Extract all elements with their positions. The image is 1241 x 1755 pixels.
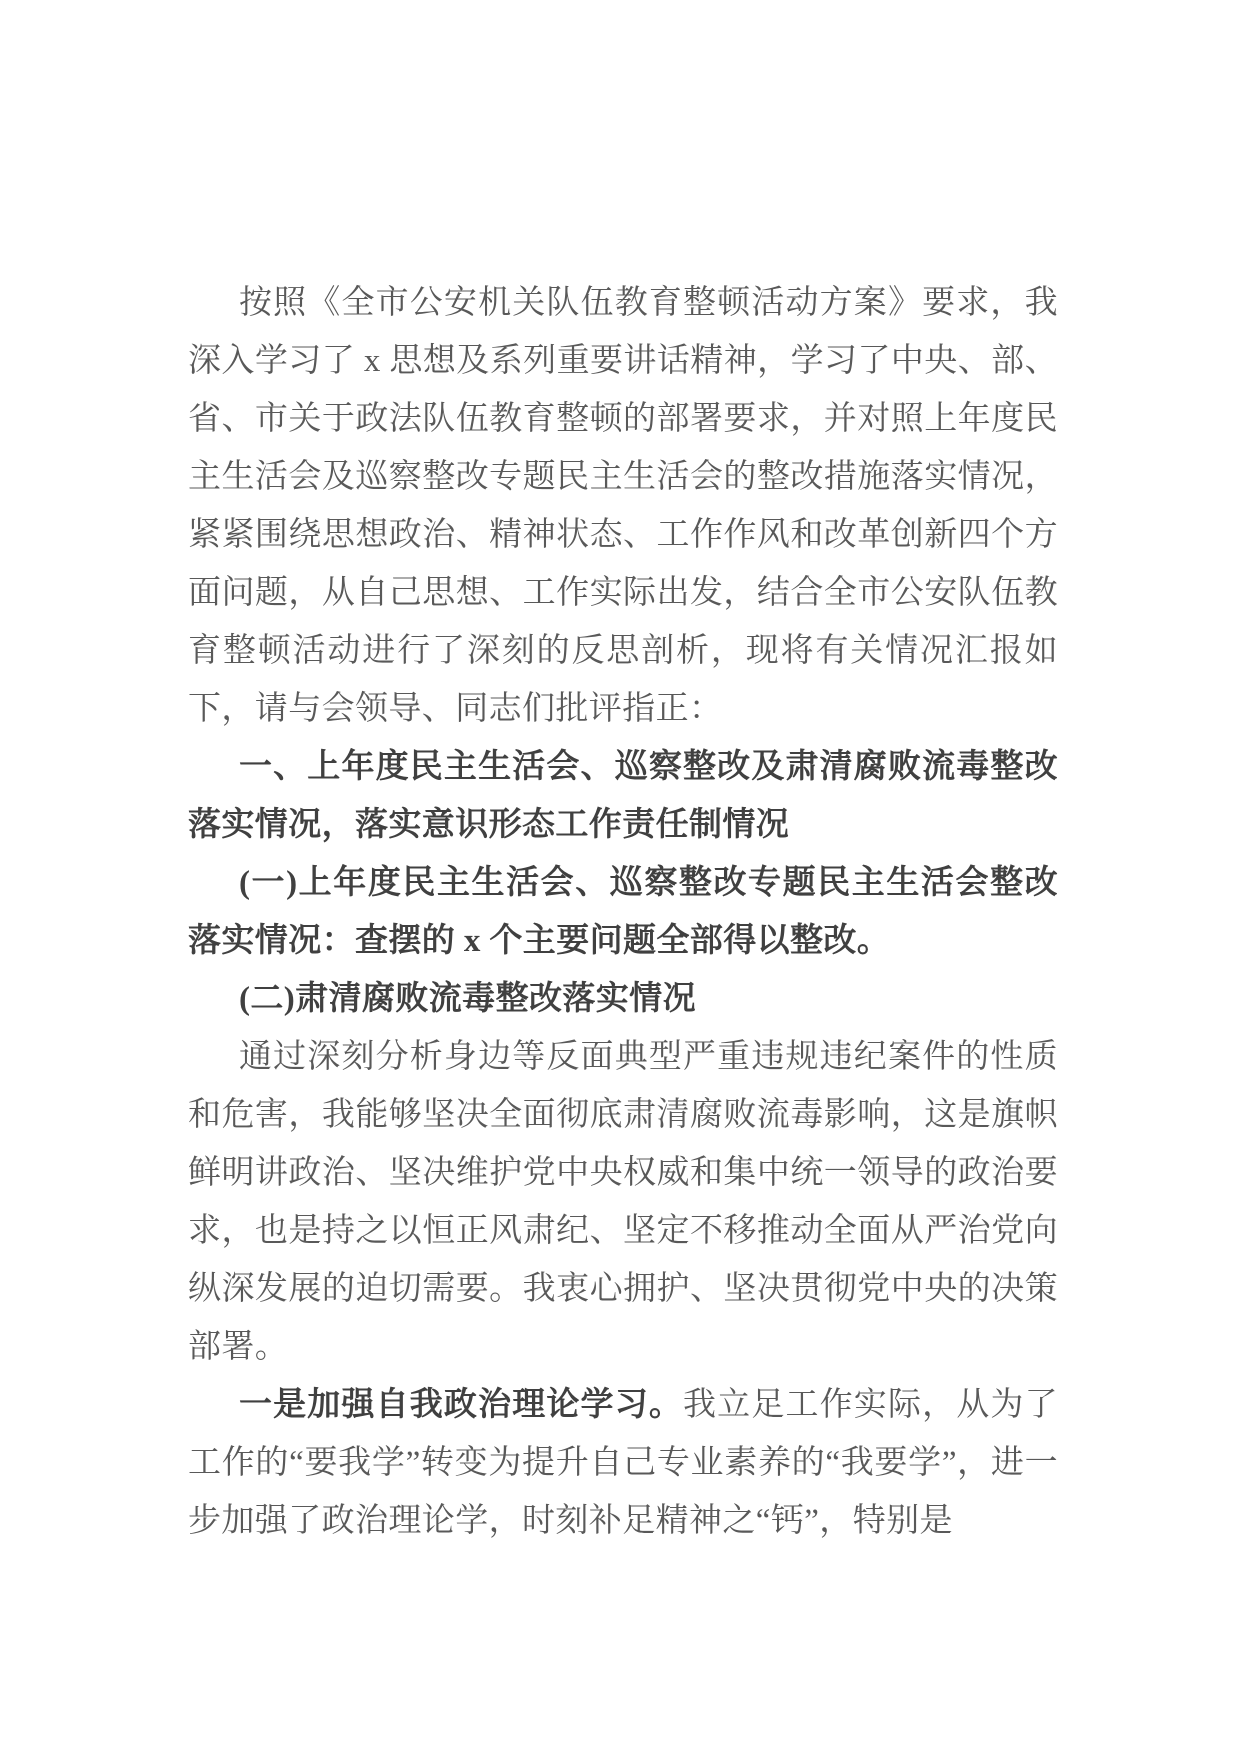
para-intro: 按照《全市公安机关队伍教育整顿活动方案》要求，我深入学习了 x 思想及系列重要讲… [188,274,1058,738]
para-study-lead: 一是加强自我政治理论学习。 [239,1387,683,1423]
heading-subsection-2-text: (二)肃清腐败流毒整改落实情况 [239,981,696,1017]
heading-subsection-2: (二)肃清腐败流毒整改落实情况 [188,970,1058,1028]
para-study: 一是加强自我政治理论学习。我立足工作实际，从为了工作的“要我学”转变为提升自己专… [188,1376,1058,1550]
heading-subsection-1-text: (一)上年度民主生活会、巡察整改专题民主生活会整改落实情况：查摆的 x 个主要问… [188,865,1058,959]
para-rectification-text: 通过深刻分析身边等反面典型严重违规违纪案件的性质和危害，我能够坚决全面彻底肃清腐… [188,1039,1058,1365]
heading-subsection-1: (一)上年度民主生活会、巡察整改专题民主生活会整改落实情况：查摆的 x 个主要问… [188,854,1058,970]
para-rectification: 通过深刻分析身边等反面典型严重违规违纪案件的性质和危害，我能够坚决全面彻底肃清腐… [188,1028,1058,1376]
heading-section-1-text: 一、上年度民主生活会、巡察整改及肃清腐败流毒整改落实情况，落实意识形态工作责任制… [188,749,1058,843]
document-text-block: 按照《全市公安机关队伍教育整顿活动方案》要求，我深入学习了 x 思想及系列重要讲… [188,274,1058,1550]
para-intro-text: 按照《全市公安机关队伍教育整顿活动方案》要求，我深入学习了 x 思想及系列重要讲… [188,285,1058,727]
heading-section-1: 一、上年度民主生活会、巡察整改及肃清腐败流毒整改落实情况，落实意识形态工作责任制… [188,738,1058,854]
document-page: 按照《全市公安机关队伍教育整顿活动方案》要求，我深入学习了 x 思想及系列重要讲… [0,0,1241,1755]
